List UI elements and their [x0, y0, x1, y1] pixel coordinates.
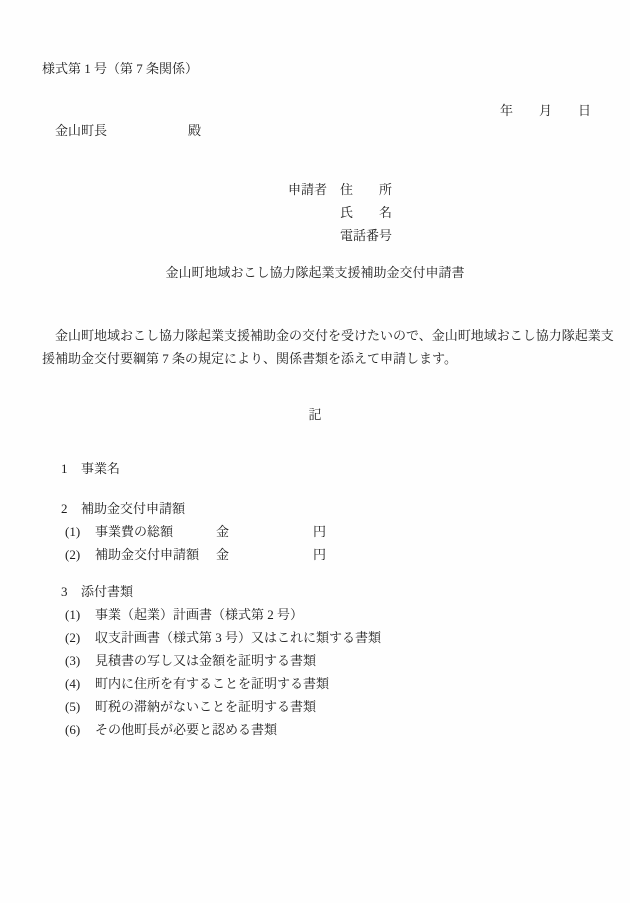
item-marker: (6)	[65, 722, 95, 738]
item-label: その他町長が必要と認める書類	[95, 722, 277, 737]
form-number: 様式第 1 号（第 7 条関係）	[42, 61, 198, 77]
amount-prefix: 金	[216, 547, 313, 563]
applicant-phone-field: 電話番号	[340, 228, 392, 243]
date-month-label: 月	[539, 103, 552, 118]
list-item-attachment-6: (6)その他町長が必要と認める書類	[52, 706, 277, 754]
date-line: 年月日	[487, 87, 591, 135]
section-1-heading: 事業名	[81, 461, 120, 476]
addressee-name: 金山町長	[55, 123, 188, 139]
body-paragraph-line-2: 援補助金交付要綱第 7 条の規定により、関係書類を添えて申請します。	[42, 351, 457, 367]
section-1-number: 1	[61, 461, 81, 477]
date-year-label: 年	[500, 103, 513, 118]
item-label: 補助金交付申請額	[95, 547, 216, 563]
record-marker: 記	[0, 407, 630, 423]
amount-unit: 円	[313, 547, 326, 562]
item-marker: (2)	[65, 547, 95, 563]
applicant-phone-line: 電話番号	[327, 212, 392, 260]
addressee-honorific: 殿	[188, 123, 201, 138]
document-title: 金山町地域おこし協力隊起業支援補助金交付申請書	[0, 265, 630, 281]
body-paragraph-line-1: 金山町地域おこし協力隊起業支援補助金の交付を受けたいので、金山町地域おこし協力隊…	[42, 328, 614, 344]
document-page: 様式第 1 号（第 7 条関係） 年月日 金山町長殿 申請者住 所 氏 名 電話…	[0, 0, 630, 903]
addressee-line: 金山町長殿	[42, 107, 201, 155]
date-day-label: 日	[578, 103, 591, 118]
